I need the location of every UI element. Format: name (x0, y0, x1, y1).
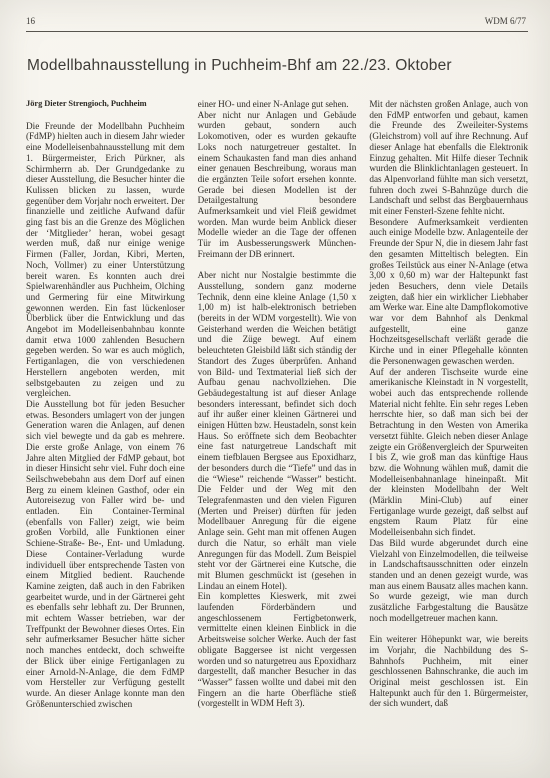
column-3: Mit der nächsten großen Anlage, auch von… (369, 99, 528, 709)
article-paragraph: Ein komplettes Kieswerk, mit zwei laufen… (198, 591, 357, 709)
article-paragraph: Besondere Aufmerksamkeit verdienten auch… (369, 217, 528, 367)
article-paragraph: Auf der anderen Tischseite wurde eine am… (369, 367, 528, 538)
column-1: Jörg Dieter Strengioch, Puchheim Die Fre… (26, 99, 185, 709)
article-paragraph: Die Freunde der Modellbahn Puchheim (FdM… (26, 121, 185, 399)
article-paragraph: Mit der nächsten großen Anlage, auch von… (369, 99, 528, 217)
byline: Jörg Dieter Strengioch, Puchheim (26, 99, 185, 110)
article-body: Jörg Dieter Strengioch, Puchheim Die Fre… (26, 99, 528, 709)
magazine-page: 16 WDM 6/77 Modellbahnausstellung in Puc… (0, 0, 550, 778)
column-2: einer HO- und einer N-Anlage gut sehen. … (198, 99, 357, 709)
article-title: Modellbahnausstellung in Puchheim-Bhf am… (27, 57, 528, 75)
article-paragraph: Das Bild wurde abgerundet durch eine Vie… (369, 538, 528, 624)
issue-label: WDM 6/77 (485, 16, 526, 26)
article-paragraph: einer HO- und einer N-Anlage gut sehen. (198, 99, 357, 110)
header-rule (26, 31, 528, 32)
article-paragraph: Aber nicht nur Anlagen und Gebäude wurde… (198, 110, 357, 260)
article-paragraph: Ein weiterer Höhepunkt war, wie bereits … (369, 634, 528, 709)
article-paragraph: Aber nicht nur Nostalgie bestimmte die A… (198, 270, 357, 591)
page-number: 16 (26, 16, 35, 26)
page-header: 16 WDM 6/77 (26, 12, 528, 31)
article-paragraph: Die Ausstellung bot für jeden Besucher e… (26, 399, 185, 709)
